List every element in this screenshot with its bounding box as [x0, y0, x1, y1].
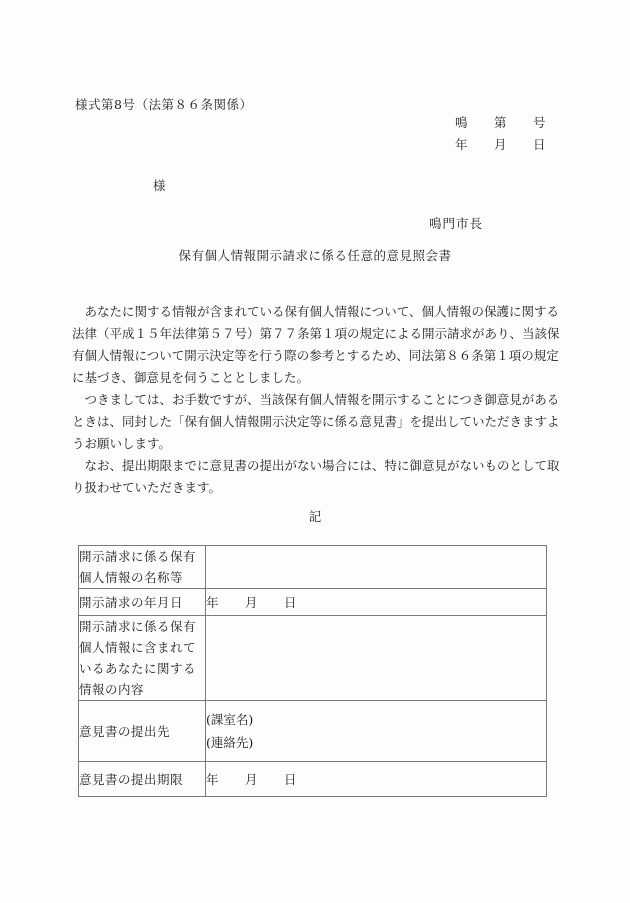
- body-line: あなたに関する情報が含まれている保有個人情報について、個人情報の保護に関する: [72, 301, 564, 323]
- table-row: 開示請求の年月日 年 月 日: [79, 589, 547, 616]
- document-title: 保有個人情報開示請求に係る任意的意見照会書: [0, 246, 630, 264]
- body-line: り扱わせていただきます。: [72, 477, 564, 499]
- doc-date-line: 年 月 日: [455, 134, 546, 156]
- row-value: [206, 616, 547, 701]
- body-text: あなたに関する情報が含まれている保有個人情報について、個人情報の保護に関する 法…: [72, 301, 564, 499]
- row-label: 開示請求に係る保有 個人情報の名称等: [79, 546, 206, 589]
- row-value: [206, 546, 547, 589]
- form-number: 様式第8号（法第８６条関係）: [75, 95, 252, 113]
- table-row: 意見書の提出期限 年 月 日: [79, 762, 547, 797]
- table-row: 開示請求に係る保有 個人情報に含まれて いるあなたに関する 情報の内容: [79, 616, 547, 701]
- body-line: つきましては、お手数ですが、当該保有個人情報を開示することにつき御意見がある: [72, 389, 564, 411]
- row-label-line: 開示請求に係る保有: [79, 616, 205, 637]
- row-label: 意見書の提出期限: [79, 762, 206, 797]
- row-label: 意見書の提出先: [79, 701, 206, 762]
- row-label-line: 情報の内容: [79, 679, 205, 700]
- row-value: (課室名) (連絡先): [206, 701, 547, 762]
- doc-number-date-block: 鳴 第 号 年 月 日: [455, 112, 546, 156]
- row-value-line: (連絡先): [206, 731, 546, 754]
- row-value-line: (課室名): [206, 708, 546, 731]
- document-page: 様式第8号（法第８６条関係） 鳴 第 号 年 月 日 様 鳴門市長 保有個人情報…: [0, 0, 630, 903]
- body-line: に基づき、御意見を伺うこととしました。: [72, 367, 564, 389]
- row-label-line: 開示請求に係る保有: [79, 546, 205, 567]
- row-label: 開示請求の年月日: [79, 589, 206, 616]
- row-label: 開示請求に係る保有 個人情報に含まれて いるあなたに関する 情報の内容: [79, 616, 206, 701]
- doc-number-line: 鳴 第 号: [455, 112, 546, 134]
- body-line: うお願いします。: [72, 433, 564, 455]
- row-label-line: 個人情報の名称等: [79, 567, 205, 588]
- table-row: 開示請求に係る保有 個人情報の名称等: [79, 546, 547, 589]
- row-value: 年 月 日: [206, 589, 547, 616]
- form-table: 開示請求に係る保有 個人情報の名称等 開示請求の年月日 年 月 日 開示請求に係…: [78, 545, 547, 797]
- body-line: なお、提出期限までに意見書の提出がない場合には、特に御意見がないものとして取: [72, 455, 564, 477]
- body-line: ときは、同封した「保有個人情報開示決定等に係る意見書」を提出していただきますよ: [72, 411, 564, 433]
- body-line: 法律（平成１５年法律第５７号）第７７条第１項の規定による開示請求があり、当該保: [72, 323, 564, 345]
- row-value: 年 月 日: [206, 762, 547, 797]
- table-row: 意見書の提出先 (課室名) (連絡先): [79, 701, 547, 762]
- row-label-line: いるあなたに関する: [79, 658, 205, 679]
- addressee-suffix: 様: [153, 176, 166, 194]
- note-heading: 記: [0, 507, 630, 525]
- body-line: 有個人情報について開示決定等を行う際の参考とするため、同法第８６条第１項の規定: [72, 345, 564, 367]
- sender-title: 鳴門市長: [429, 214, 483, 232]
- row-label-line: 個人情報に含まれて: [79, 637, 205, 658]
